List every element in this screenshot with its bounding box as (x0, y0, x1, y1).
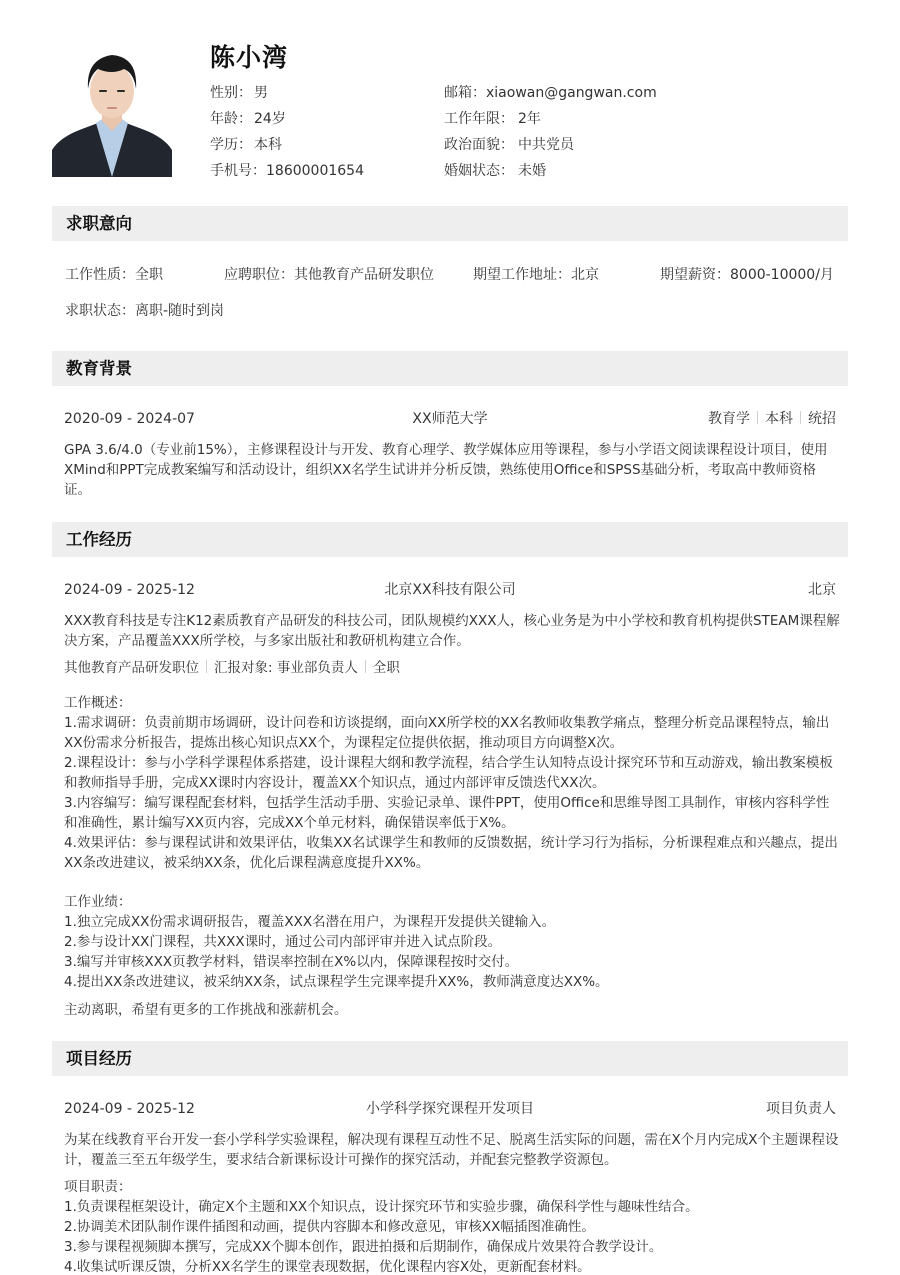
info-age: 年龄：24岁 (210, 108, 364, 134)
project-duty-item: 3.参与课程视频脚本撰写，完成XX个脚本创作，跟进拍摄和后期制作，确保成片效果符… (64, 1237, 840, 1257)
info-label: 手机号： (210, 160, 266, 182)
work-overview-item: 1.需求调研：负责前期市场调研，设计问卷和访谈提纲，面向XX所学校的XX名教师收… (64, 713, 840, 753)
info-value: 未婚 (518, 163, 546, 179)
intent-label: 工作性质： (65, 267, 135, 283)
info-label: 年龄： (210, 108, 254, 130)
info-label: 邮箱： (444, 82, 486, 104)
project-name: 小学科学探究课程开发项目 (64, 1099, 836, 1119)
work-type: 全职 (373, 660, 400, 676)
info-work-years: 工作年限：2年 (444, 108, 657, 134)
section-header-work: 工作经历 (52, 522, 848, 557)
project-description: 为某在线教育平台开发一套小学科学实验课程，解决现有课程互动性不足、脱离生活实际的… (64, 1130, 840, 1170)
profile-header: 陈小湾 性别：男 年龄：24岁 学历：本科 手机号：18600001654 邮箱… (52, 0, 848, 200)
section-title: 求职意向 (66, 206, 132, 241)
work-achievement-item: 2.参与设计XX门课程，共XXX课时，通过公司内部评审并进入试点阶段。 (64, 932, 840, 952)
education-tags: 教育学本科统招 (708, 409, 836, 429)
leave-reason: 主动离职，希望有更多的工作挑战和涨薪机会。 (64, 1000, 840, 1020)
section-header-project: 项目经历 (52, 1041, 848, 1076)
work-achievement-item: 4.提出XX条改进建议，被采纳XX条，试点课程学生完课率提升XX%，教师满意度达… (64, 972, 840, 992)
info-marital-status: 婚姻状态：未婚 (444, 160, 657, 186)
intent-location: 期望工作地址：北京 (473, 265, 599, 285)
work-overview-title: 工作概述： (64, 693, 840, 713)
project-duty-item: 2.协调美术团队制作课件插图和动画，提供内容脚本和修改意见，审核XX幅插图准确性… (64, 1217, 840, 1237)
info-label: 婚姻状态： (444, 160, 518, 182)
work-location: 北京 (808, 580, 836, 600)
email-link[interactable]: xiaowan@gangwan.com (486, 85, 657, 101)
project-duty-item: 1.负责课程框架设计，确定X个主题和XX个知识点，设计探究环节和实验步骤，确保科… (64, 1197, 840, 1217)
work-overview-item: 2.课程设计：参与小学科学课程体系搭建，设计课程大纲和教学流程，结合学生认知特点… (64, 753, 840, 793)
intent-status: 求职状态：离职-随时到岗 (65, 301, 224, 321)
portrait-image-icon (52, 45, 172, 177)
info-value: 24岁 (254, 111, 286, 127)
info-label: 工作年限： (444, 108, 518, 130)
info-email: 邮箱：xiaowan@gangwan.com (444, 82, 657, 108)
project-duties: 项目职责： 1.负责课程框架设计，确定X个主题和XX个知识点，设计探究环节和实验… (64, 1177, 840, 1275)
work-overview: 工作概述： 1.需求调研：负责前期市场调研，设计问卷和访谈提纲，面向XX所学校的… (64, 693, 840, 873)
work-overview-item: 3.内容编写：编写课程配套材料，包括学生活动手册、实验记录单、课件PPT，使用O… (64, 793, 840, 833)
basic-info-right: 邮箱：xiaowan@gangwan.com 工作年限：2年 政治面貌：中共党员… (444, 82, 657, 186)
section-header-intent: 求职意向 (52, 206, 848, 241)
intent-label: 期望薪资： (660, 267, 730, 283)
section-header-education: 教育背景 (52, 351, 848, 386)
intent-job-type: 工作性质：全职 (65, 265, 163, 285)
education-degree: 本科 (765, 411, 793, 427)
company-description: XXX教育科技是专注K12素质教育产品研发的科技公司，团队规模约XXX人，核心业… (64, 611, 840, 651)
info-label: 性别： (210, 82, 254, 104)
work-achievement-item: 1.独立完成XX份需求调研报告，覆盖XXX名潜在用户，为课程开发提供关键输入。 (64, 912, 840, 932)
info-gender: 性别：男 (210, 82, 364, 108)
education-entry-header: 2020-09 - 2024-07 XX师范大学 教育学本科统招 (64, 409, 836, 429)
intent-label: 求职状态： (65, 303, 135, 319)
work-entry-header: 2024-09 - 2025-12 北京XX科技有限公司 北京 (64, 580, 836, 600)
work-position: 其他教育产品研发职位 (64, 660, 199, 676)
basic-info-left: 性别：男 年龄：24岁 学历：本科 手机号：18600001654 (210, 82, 364, 186)
section-title: 项目经历 (66, 1041, 132, 1076)
intent-value: 其他教育产品研发职位 (294, 267, 434, 283)
info-phone: 手机号：18600001654 (210, 160, 364, 186)
work-meta: 其他教育产品研发职位汇报对象: 事业部负责人全职 (64, 658, 400, 678)
info-value: 本科 (254, 137, 282, 153)
separator (365, 660, 366, 673)
info-label: 学历： (210, 134, 254, 156)
info-label: 政治面貌： (444, 134, 518, 156)
project-entry-header: 2024-09 - 2025-12 小学科学探究课程开发项目 项目负责人 (64, 1099, 836, 1119)
education-major: 教育学 (708, 411, 750, 427)
info-value: 男 (254, 85, 268, 101)
candidate-name: 陈小湾 (210, 38, 288, 74)
separator (800, 411, 801, 424)
intent-value: 北京 (571, 267, 599, 283)
info-value: 18600001654 (266, 163, 364, 179)
project-duties-title: 项目职责： (64, 1177, 840, 1197)
work-report-to: 汇报对象: 事业部负责人 (214, 660, 358, 676)
portrait-photo (52, 45, 172, 177)
info-education: 学历：本科 (210, 134, 364, 160)
intent-value: 8000-10000/月 (730, 267, 834, 283)
info-value: 中共党员 (518, 137, 574, 153)
work-achievements: 工作业绩： 1.独立完成XX份需求调研报告，覆盖XXX名潜在用户，为课程开发提供… (64, 892, 840, 992)
info-political-status: 政治面貌：中共党员 (444, 134, 657, 160)
work-achievements-title: 工作业绩： (64, 892, 840, 912)
education-enrollment-type: 统招 (808, 411, 836, 427)
intent-salary: 期望薪资：8000-10000/月 (660, 265, 834, 285)
work-overview-item: 4.效果评估：参与课程试讲和效果评估，收集XX名试课学生和教师的反馈数据，统计学… (64, 833, 840, 873)
project-role: 项目负责人 (766, 1099, 836, 1119)
section-title: 教育背景 (66, 351, 132, 386)
section-title: 工作经历 (66, 522, 132, 557)
resume-page: 陈小湾 性别：男 年龄：24岁 学历：本科 手机号：18600001654 邮箱… (52, 0, 848, 200)
project-duty-item: 4.收集试听课反馈，分析XX名学生的课堂表现数据，优化课程内容X处，更新配套材料… (64, 1257, 840, 1275)
separator (206, 660, 207, 673)
intent-value: 全职 (135, 267, 163, 283)
work-achievement-item: 3.编写并审核XXX页教学材料，错误率控制在X%以内，保障课程按时交付。 (64, 952, 840, 972)
intent-label: 应聘职位： (224, 267, 294, 283)
info-value: 2年 (518, 111, 541, 127)
education-description: GPA 3.6/4.0（专业前15%），主修课程设计与开发、教育心理学、教学媒体… (64, 440, 840, 500)
separator (757, 411, 758, 424)
work-company: 北京XX科技有限公司 (64, 580, 836, 600)
intent-label: 期望工作地址： (473, 267, 571, 283)
intent-position: 应聘职位：其他教育产品研发职位 (224, 265, 434, 285)
intent-value: 离职-随时到岗 (135, 303, 224, 319)
